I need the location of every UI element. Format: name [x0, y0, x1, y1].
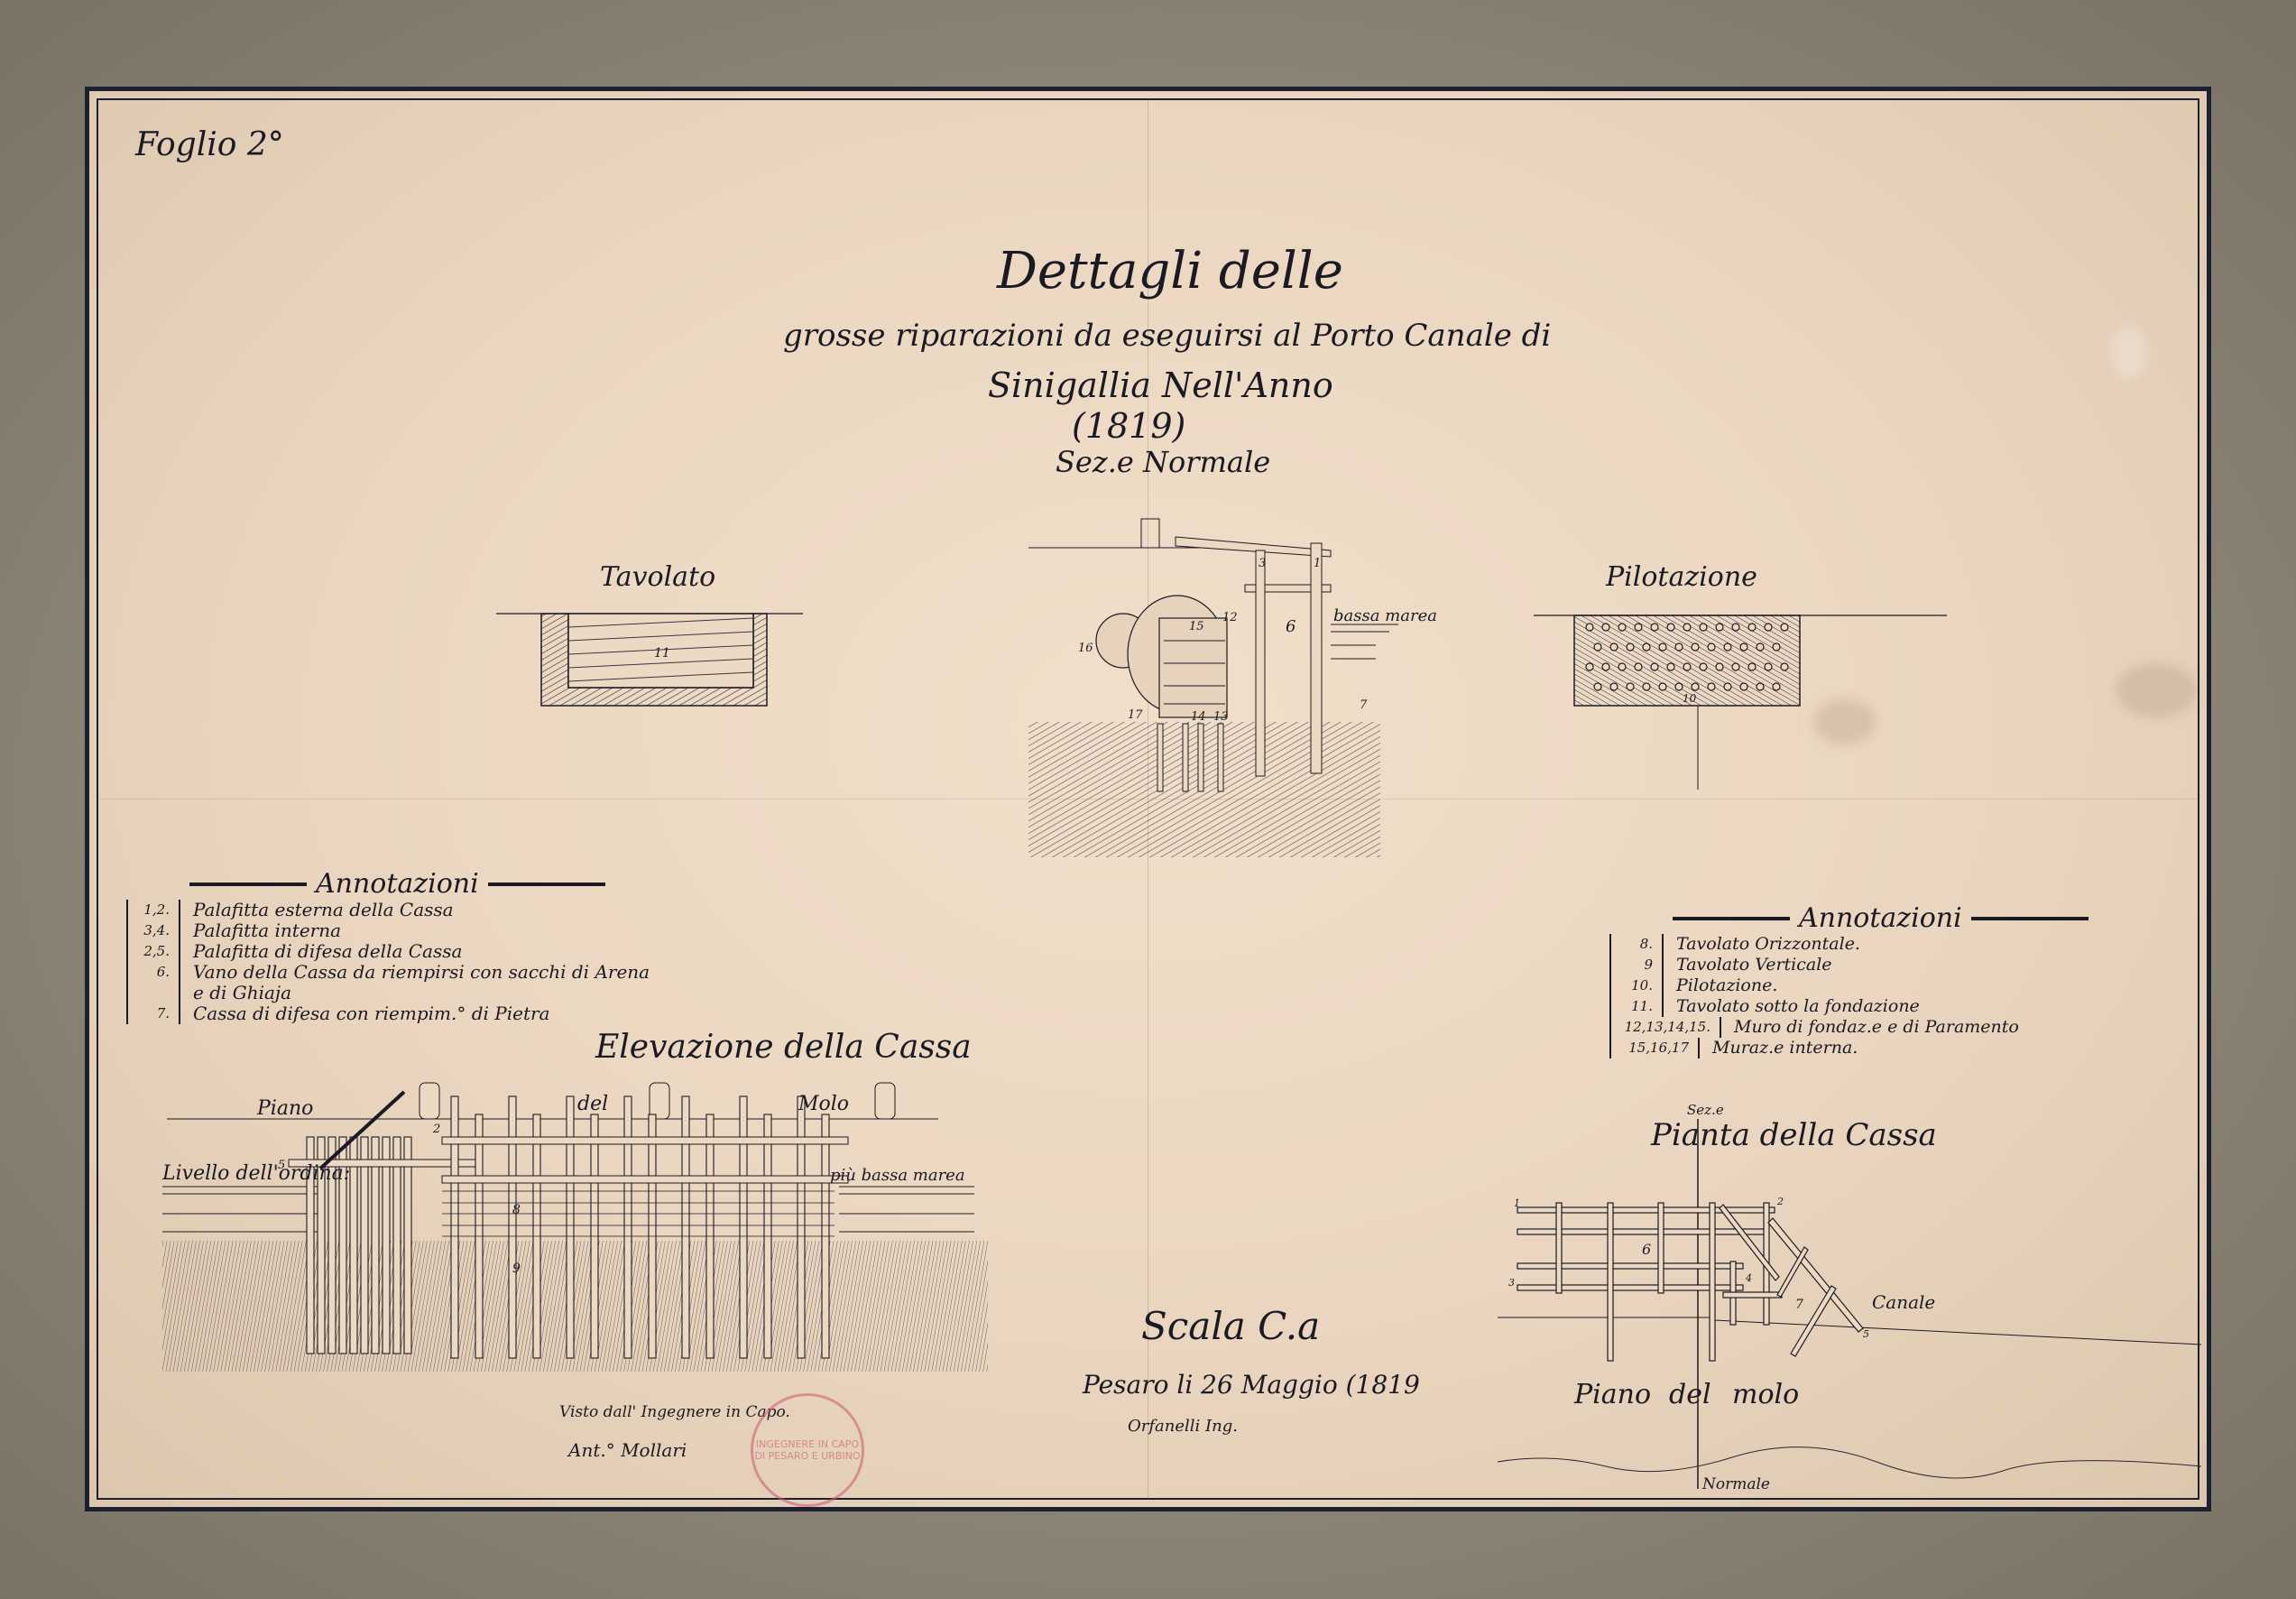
annotation-row: 9Tavolato Verticale — [1611, 955, 2089, 975]
svg-text:9: 9 — [512, 1262, 521, 1276]
water-stain — [2116, 663, 2197, 717]
annotation-row: 6.Vano della Cassa da riempirsi con sacc… — [128, 962, 650, 983]
annotations-left-heading: Annotazioni — [316, 868, 479, 900]
annotation-row: 10.Pilotazione. — [1611, 975, 2089, 996]
svg-text:Livello dell'ordina:: Livello dell'ordina: — [161, 1162, 350, 1185]
annotation-row: 2,5.Palafitta di difesa della Cassa — [128, 941, 650, 962]
svg-text:2: 2 — [1776, 1196, 1784, 1207]
svg-text:17: 17 — [1128, 708, 1143, 722]
svg-text:1: 1 — [1514, 1197, 1520, 1209]
tavolato-label: Tavolato — [600, 561, 715, 593]
title-section: Sez.e Normale — [1056, 445, 1270, 479]
scale-label: Scala C.a — [1141, 1304, 1320, 1348]
annotations-left: Annotazioni 1,2.Palafitta esterna della … — [126, 868, 650, 1024]
annotation-row: 15,16,17Muraz.e interna. — [1611, 1038, 2089, 1058]
svg-text:3: 3 — [1508, 1277, 1515, 1289]
svg-text:7: 7 — [1360, 698, 1368, 712]
svg-text:Sez.e: Sez.e — [1687, 1102, 1724, 1118]
svg-text:7: 7 — [1795, 1298, 1803, 1312]
visto-signature: Ant.° Mollari — [568, 1439, 687, 1461]
annotations-right-heading: Annotazioni — [1799, 902, 1962, 934]
svg-text:Normale: Normale — [1701, 1475, 1770, 1493]
tavolato-drawing: 11 — [496, 605, 803, 722]
annotation-row: e di Ghiaja — [128, 983, 650, 1003]
visto-text: Visto dall' Ingegnere in Capo. — [559, 1403, 790, 1421]
pilotazione-label: Pilotazione — [1606, 561, 1757, 593]
annotation-row: 12,13,14,15.Muro di fondaz.e e di Parame… — [1611, 1017, 2089, 1038]
svg-text:5: 5 — [278, 1159, 285, 1172]
paper-wear — [2111, 325, 2147, 379]
svg-text:8: 8 — [512, 1203, 521, 1217]
svg-text:6: 6 — [1286, 617, 1296, 636]
annotation-row: 7.Cassa di difesa con riempim.° di Pietr… — [128, 1003, 650, 1024]
svg-text:Piano: Piano — [256, 1097, 313, 1120]
svg-text:Molo: Molo — [798, 1093, 849, 1115]
svg-text:13: 13 — [1213, 710, 1229, 724]
svg-text:1: 1 — [1314, 557, 1321, 570]
svg-text:Piano: Piano — [1573, 1379, 1651, 1410]
svg-text:12: 12 — [1222, 611, 1238, 624]
title-line-2: grosse riparazioni da eseguirsi al Porto… — [783, 318, 1551, 354]
sheet-number: Foglio 2° — [135, 126, 284, 163]
svg-text:più bassa marea: più bassa marea — [830, 1166, 965, 1185]
svg-text:10: 10 — [1683, 692, 1697, 705]
svg-text:15: 15 — [1189, 620, 1204, 633]
svg-text:bassa marea: bassa marea — [1333, 606, 1437, 625]
svg-text:del: del — [577, 1093, 608, 1115]
svg-text:14: 14 — [1191, 710, 1206, 724]
svg-text:6: 6 — [1642, 1241, 1651, 1258]
annotation-row: 11.Tavolato sotto la fondazione — [1611, 996, 2089, 1017]
engineer-signature: Orfanelli Ing. — [1128, 1417, 1238, 1436]
svg-text:2: 2 — [432, 1123, 440, 1136]
official-stamp: INGEGNERE IN CAPO DI PESARO E URBINO — [751, 1393, 864, 1507]
svg-text:16: 16 — [1078, 642, 1093, 655]
svg-text:11: 11 — [654, 646, 670, 661]
svg-text:Canale: Canale — [1872, 1291, 1935, 1313]
title-line-1: Dettagli delle — [997, 242, 1343, 300]
pilotazione-drawing: 10 — [1534, 609, 1949, 790]
title-line-3: Sinigallia Nell'Anno — [988, 365, 1333, 405]
svg-text:3: 3 — [1259, 557, 1266, 570]
svg-text:4: 4 — [1745, 1272, 1752, 1284]
svg-text:5: 5 — [1863, 1328, 1869, 1340]
annotations-right: Annotazioni 8.Tavolato Orizzontale. 9Tav… — [1609, 902, 2089, 1058]
elevazione-title: Elevazione della Cassa — [595, 1029, 972, 1066]
svg-text:del: del — [1669, 1379, 1711, 1410]
svg-text:molo: molo — [1732, 1379, 1799, 1410]
pianta-drawing: Sez.e Normale Canale Piano del molo 1 2 … — [1498, 1092, 2219, 1507]
place-date: Pesaro li 26 Maggio (1819 — [1083, 1370, 1420, 1400]
annotation-row: 1,2.Palafitta esterna della Cassa — [128, 900, 650, 920]
title-year: (1819) — [1072, 406, 1185, 446]
elevazione-drawing: Piano del Molo Livello dell'ordina: più … — [162, 1078, 1001, 1394]
sezione-normale-drawing: bassa marea 1 3 6 7 12 13 14 15 16 17 — [1028, 514, 1425, 857]
annotation-row: 8.Tavolato Orizzontale. — [1611, 934, 2089, 955]
annotation-row: 3,4.Palafitta interna — [128, 920, 650, 941]
